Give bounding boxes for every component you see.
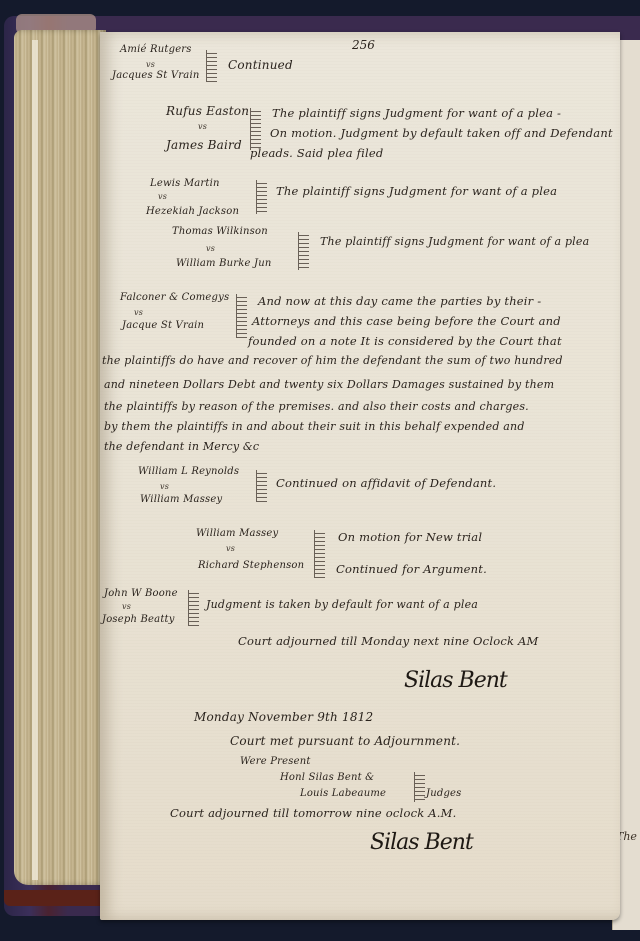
case-entry-text: Continued for Argument. (336, 562, 487, 576)
defendant-name: Hezekiah Jackson (146, 206, 239, 217)
plaintiff-name: John W Boone (104, 588, 178, 599)
versus-label: vs (160, 482, 169, 491)
versus-label: vs (146, 60, 155, 69)
case-entry-text: The plaintiff signs Judgment for want of… (320, 235, 589, 248)
case-entry-text: The plaintiff signs Judgment for want of… (272, 106, 561, 120)
session-text: Were Present (240, 756, 311, 767)
plaintiff-name: William L Reynolds (138, 466, 239, 477)
judges-label: Judges (426, 788, 462, 799)
case-entry-text: founded on a note It is considered by th… (248, 334, 562, 348)
versus-label: vs (122, 602, 131, 611)
brace-icon (188, 590, 199, 626)
case-entry-text: And now at this day came the parties by … (258, 294, 541, 308)
case-entry-text: The plaintiff signs Judgment for want of… (276, 184, 557, 198)
brace-icon (250, 108, 261, 150)
brace-icon (236, 294, 247, 338)
brace-icon (298, 232, 309, 270)
adjournment-note: Court adjourned till tomorrow nine ocloc… (170, 806, 456, 820)
brace-icon (206, 50, 217, 82)
page-number: 256 (352, 38, 375, 52)
versus-label: vs (226, 544, 235, 553)
case-entry-text: pleads. Said plea filed (250, 146, 383, 160)
defendant-name: Jacque St Vrain (122, 320, 204, 331)
plaintiff-name: Lewis Martin (150, 178, 220, 189)
defendant-name: Jacques St Vrain (112, 70, 200, 81)
case-continuation-text: by them the plaintiffs in and about thei… (104, 420, 525, 433)
defendant-name: William Massey (140, 494, 222, 505)
case-continuation-text: and nineteen Dollars Debt and twenty six… (104, 378, 554, 391)
session-date: Monday November 9th 1812 (194, 710, 373, 724)
versus-label: vs (158, 192, 167, 201)
defendant-name: Richard Stephenson (198, 560, 304, 571)
plaintiff-name: Rufus Easton (166, 104, 249, 118)
case-entry-text: Attorneys and this case being before the… (252, 314, 561, 328)
judge-name: Louis Labeaume (300, 788, 386, 799)
case-entry-text: On motion. Judgment by default taken off… (270, 126, 613, 140)
page-stack-edges (14, 30, 106, 885)
brace-icon (256, 470, 267, 502)
session-text: Court met pursuant to Adjournment. (230, 734, 460, 748)
defendant-name: James Baird (166, 138, 242, 152)
defendant-name: William Burke Jun (176, 258, 272, 269)
plaintiff-name: Thomas Wilkinson (172, 226, 268, 237)
case-entry-text: Continued on affidavit of Defendant. (276, 476, 496, 490)
versus-label: vs (198, 122, 207, 131)
case-entry-text: On motion for New trial (338, 530, 482, 544)
plaintiff-name: Falconer & Comegys (120, 292, 229, 303)
brace-icon (256, 180, 267, 214)
adjournment-note: Court adjourned till Monday next nine Oc… (238, 634, 538, 648)
case-continuation-text: the plaintiffs do have and recover of hi… (102, 354, 563, 367)
brace-icon (414, 772, 425, 802)
versus-label: vs (134, 308, 143, 317)
page-stack-lip (32, 40, 38, 880)
case-continuation-text: the defendant in Mercy &c (104, 440, 259, 453)
case-entry-text: Judgment is taken by default for want of… (206, 598, 478, 611)
signature: Silas Bent (404, 668, 507, 693)
defendant-name: Joseph Beatty (102, 614, 175, 625)
plaintiff-name: William Massey (196, 528, 278, 539)
case-entry-text: Continued (228, 58, 293, 72)
plaintiff-name: Amié Rutgers (120, 44, 192, 55)
judge-name: Honl Silas Bent & (280, 772, 374, 783)
brace-icon (314, 530, 325, 578)
versus-label: vs (206, 244, 215, 253)
signature: Silas Bent (370, 830, 473, 855)
case-continuation-text: the plaintiffs by reason of the premises… (104, 400, 529, 413)
